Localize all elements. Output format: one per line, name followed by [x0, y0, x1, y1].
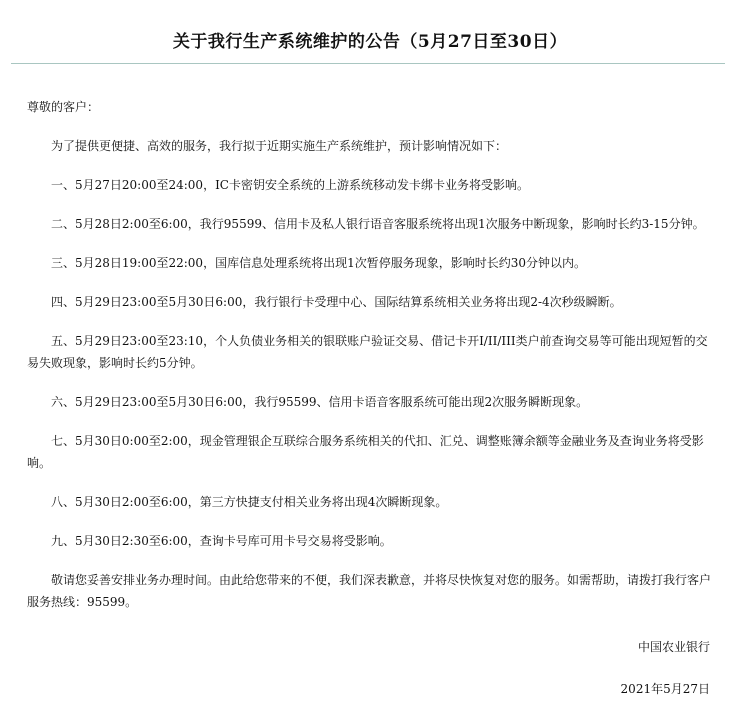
signature-date: 2021年5月27日: [621, 678, 710, 700]
maintenance-item-8: 八、5月30日2:00至6:00，第三方快捷支付相关业务将出现4次瞬断现象。: [27, 491, 717, 513]
maintenance-item-3: 三、5月28日19:00至22:00，国库信息处理系统将出现1次暂停服务现象，影…: [27, 252, 717, 274]
maintenance-item-2: 二、5月28日2:00至6:00，我行95599、信用卡及私人银行语音客服系统将…: [27, 213, 717, 235]
maintenance-item-4: 四、5月29日23:00至5月30日6:00，我行银行卡受理中心、国际结算系统相…: [27, 291, 717, 313]
maintenance-item-6: 六、5月29日23:00至5月30日6:00，我行95599、信用卡语音客服系统…: [27, 391, 717, 413]
closing-paragraph: 敬请您妥善安排业务办理时间。由此给您带来的不便，我们深表歉意，并将尽快恢复对您的…: [27, 569, 717, 613]
maintenance-item-7: 七、5月30日0:00至2:00，现金管理银企互联综合服务系统相关的代扣、汇兑、…: [27, 430, 717, 474]
signature-organization: 中国农业银行: [638, 636, 710, 658]
maintenance-item-5: 五、5月29日23:00至23:10，个人负债业务相关的银联账户验证交易、借记卡…: [27, 330, 717, 374]
title-divider: [11, 63, 725, 64]
maintenance-item-1: 一、5月27日20:00至24:00，IC卡密钥安全系统的上游系统移动发卡绑卡业…: [27, 174, 717, 196]
announcement-body: 尊敬的客户： 为了提供更便捷、高效的服务，我行拟于近期实施生产系统维护，预计影响…: [27, 96, 717, 630]
greeting: 尊敬的客户：: [27, 96, 717, 118]
announcement-title: 关于我行生产系统维护的公告（5月27日至30日）: [0, 29, 740, 55]
maintenance-item-9: 九、5月30日2:30至6:00，查询卡号库可用卡号交易将受影响。: [27, 530, 717, 552]
intro-paragraph: 为了提供更便捷、高效的服务，我行拟于近期实施生产系统维护，预计影响情况如下：: [27, 135, 717, 157]
